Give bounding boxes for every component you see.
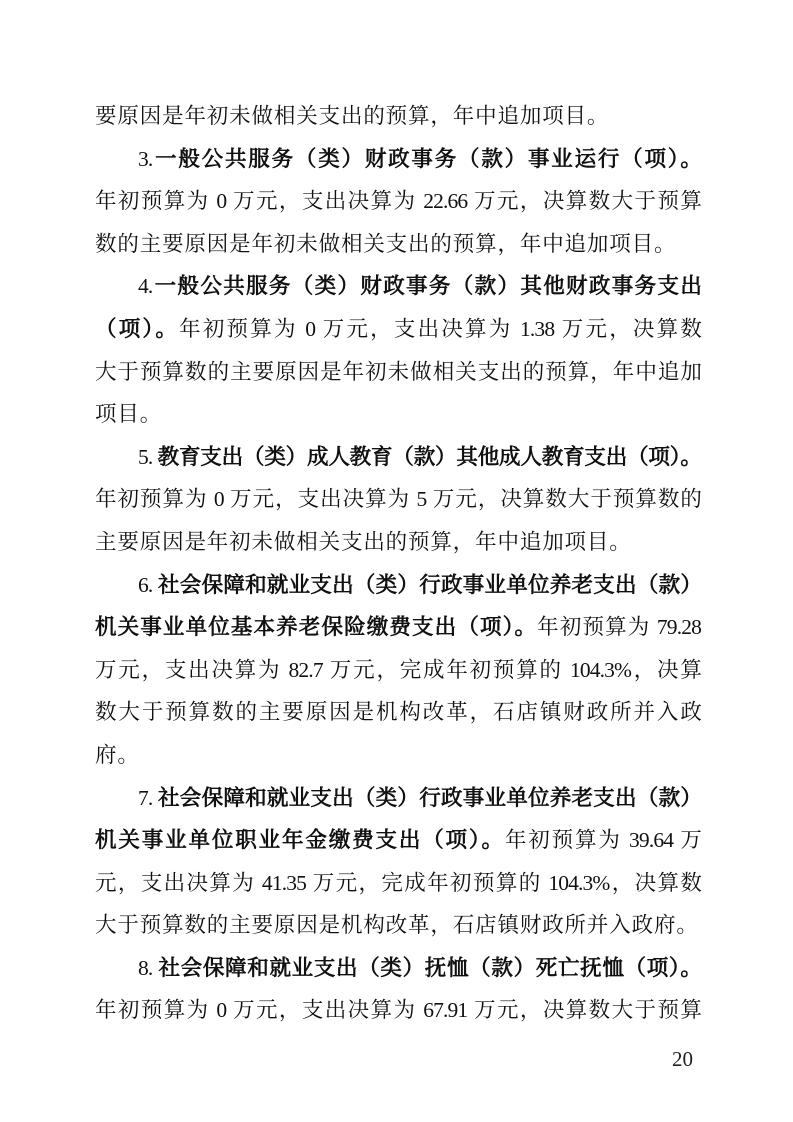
heading-text-segment: 社会保障和就业支出（类）行政事业单位养老支出（款） — [158, 786, 701, 810]
text-line: 大于预算数的主要原因是机构改革，石店镇财政所并入政府。 — [95, 904, 701, 947]
text-line: 元，支出决算为 41.35 万元，完成年初预算的 104.3%，决算数 — [95, 862, 701, 905]
text-line: 6. 社会保障和就业支出（类）行政事业单位养老支出（款） — [95, 564, 701, 607]
text-line: 府。 — [95, 734, 701, 777]
body-text-segment: 3. — [138, 147, 152, 171]
heading-text-segment: （项）。 — [95, 317, 179, 341]
body-text-segment: 大于预算数的主要原因是机构改革，石店镇财政所并入政府。 — [95, 913, 699, 937]
body-text-segment: 项目。 — [95, 402, 162, 426]
text-line: （项）。年初预算为 0 万元，支出决算为 1.38 万元，决算数 — [95, 308, 701, 351]
body-text-segment: 年初预算为 0 万元，支出决算为 1.38 万元，决算数 — [179, 317, 701, 341]
heading-text-segment: 机关事业单位职业年金缴费支出（项）。 — [95, 828, 505, 852]
body-text-segment: 要原因是年初未做相关支出的预算，年中追加项目。 — [95, 104, 609, 128]
text-line: 数的主要原因是年初未做相关支出的预算，年中追加项目。 — [95, 223, 701, 266]
text-line: 机关事业单位基本养老保险缴费支出（项）。年初预算为 79.28 — [95, 606, 701, 649]
heading-text-segment: 社会保障和就业支出（类）行政事业单位养老支出（款） — [158, 573, 701, 597]
text-line: 万元，支出决算为 82.7 万元，完成年初预算的 104.3%，决算 — [95, 649, 701, 692]
text-line: 4.一般公共服务（类）财政事务（款）其他财政事务支出 — [95, 265, 701, 308]
document-body: 要原因是年初未做相关支出的预算，年中追加项目。3.一般公共服务（类）财政事务（款… — [95, 95, 701, 1032]
body-text-segment: 年初预算为 79.28 — [537, 615, 701, 639]
document-page: 要原因是年初未做相关支出的预算，年中追加项目。3.一般公共服务（类）财政事务（款… — [0, 0, 793, 1122]
body-text-segment: 年初预算为 39.64 万 — [505, 828, 701, 852]
text-line: 年初预算为 0 万元，支出决算为 22.66 万元，决算数大于预算 — [95, 180, 701, 223]
text-line: 年初预算为 0 万元，支出决算为 5 万元，决算数大于预算数的 — [95, 478, 701, 521]
body-text-segment: 元，支出决算为 41.35 万元，完成年初预算的 104.3%，决算数 — [95, 871, 701, 895]
body-text-segment: 大于预算数的主要原因是年初未做相关支出的预算，年中追加 — [95, 360, 701, 384]
text-line: 8. 社会保障和就业支出（类）抚恤（款）死亡抚恤（项）。 — [95, 947, 701, 990]
heading-text-segment: 一般公共服务（类）财政事务（款）事业运行（项）。 — [152, 147, 701, 171]
body-text-segment: 数的主要原因是年初未做相关支出的预算，年中追加项目。 — [95, 232, 676, 256]
body-text-segment: 数大于预算数的主要原因是机构改革，石店镇财政所并入政 — [95, 700, 701, 724]
text-line: 要原因是年初未做相关支出的预算，年中追加项目。 — [95, 95, 701, 138]
text-line: 项目。 — [95, 393, 701, 436]
body-text-segment: 7. — [138, 786, 158, 810]
text-line: 年初预算为 0 万元，支出决算为 67.91 万元，决算数大于预算 — [95, 989, 701, 1032]
page-number: 20 — [95, 1044, 693, 1074]
text-line: 7. 社会保障和就业支出（类）行政事业单位养老支出（款） — [95, 777, 701, 820]
body-text-segment: 4. — [138, 274, 152, 298]
heading-text-segment: 教育支出（类）成人教育（款）其他成人教育支出（项）。 — [158, 445, 701, 469]
text-line: 机关事业单位职业年金缴费支出（项）。年初预算为 39.64 万 — [95, 819, 701, 862]
body-text-segment: 府。 — [95, 743, 140, 767]
text-line: 5. 教育支出（类）成人教育（款）其他成人教育支出（项）。 — [95, 436, 701, 479]
text-line: 主要原因是年初未做相关支出的预算，年中追加项目。 — [95, 521, 701, 564]
body-text-segment: 年初预算为 0 万元，支出决算为 22.66 万元，决算数大于预算 — [95, 189, 701, 213]
text-line: 大于预算数的主要原因是年初未做相关支出的预算，年中追加 — [95, 351, 701, 394]
body-text-segment: 万元，支出决算为 82.7 万元，完成年初预算的 104.3%，决算 — [95, 658, 701, 682]
text-line: 3.一般公共服务（类）财政事务（款）事业运行（项）。 — [95, 138, 701, 181]
body-text-segment: 主要原因是年初未做相关支出的预算，年中追加项目。 — [95, 530, 632, 554]
body-text-segment: 年初预算为 0 万元，支出决算为 67.91 万元，决算数大于预算 — [95, 998, 701, 1022]
text-line: 数大于预算数的主要原因是机构改革，石店镇财政所并入政 — [95, 691, 701, 734]
heading-text-segment: 社会保障和就业支出（类）抚恤（款）死亡抚恤（项）。 — [158, 956, 701, 980]
heading-text-segment: 机关事业单位基本养老保险缴费支出（项）。 — [95, 615, 537, 639]
body-text-segment: 8. — [138, 956, 158, 980]
heading-text-segment: 一般公共服务（类）财政事务（款）其他财政事务支出 — [152, 274, 701, 298]
body-text-segment: 5. — [138, 445, 158, 469]
body-text-segment: 6. — [138, 573, 158, 597]
body-text-segment: 年初预算为 0 万元，支出决算为 5 万元，决算数大于预算数的 — [95, 487, 701, 511]
